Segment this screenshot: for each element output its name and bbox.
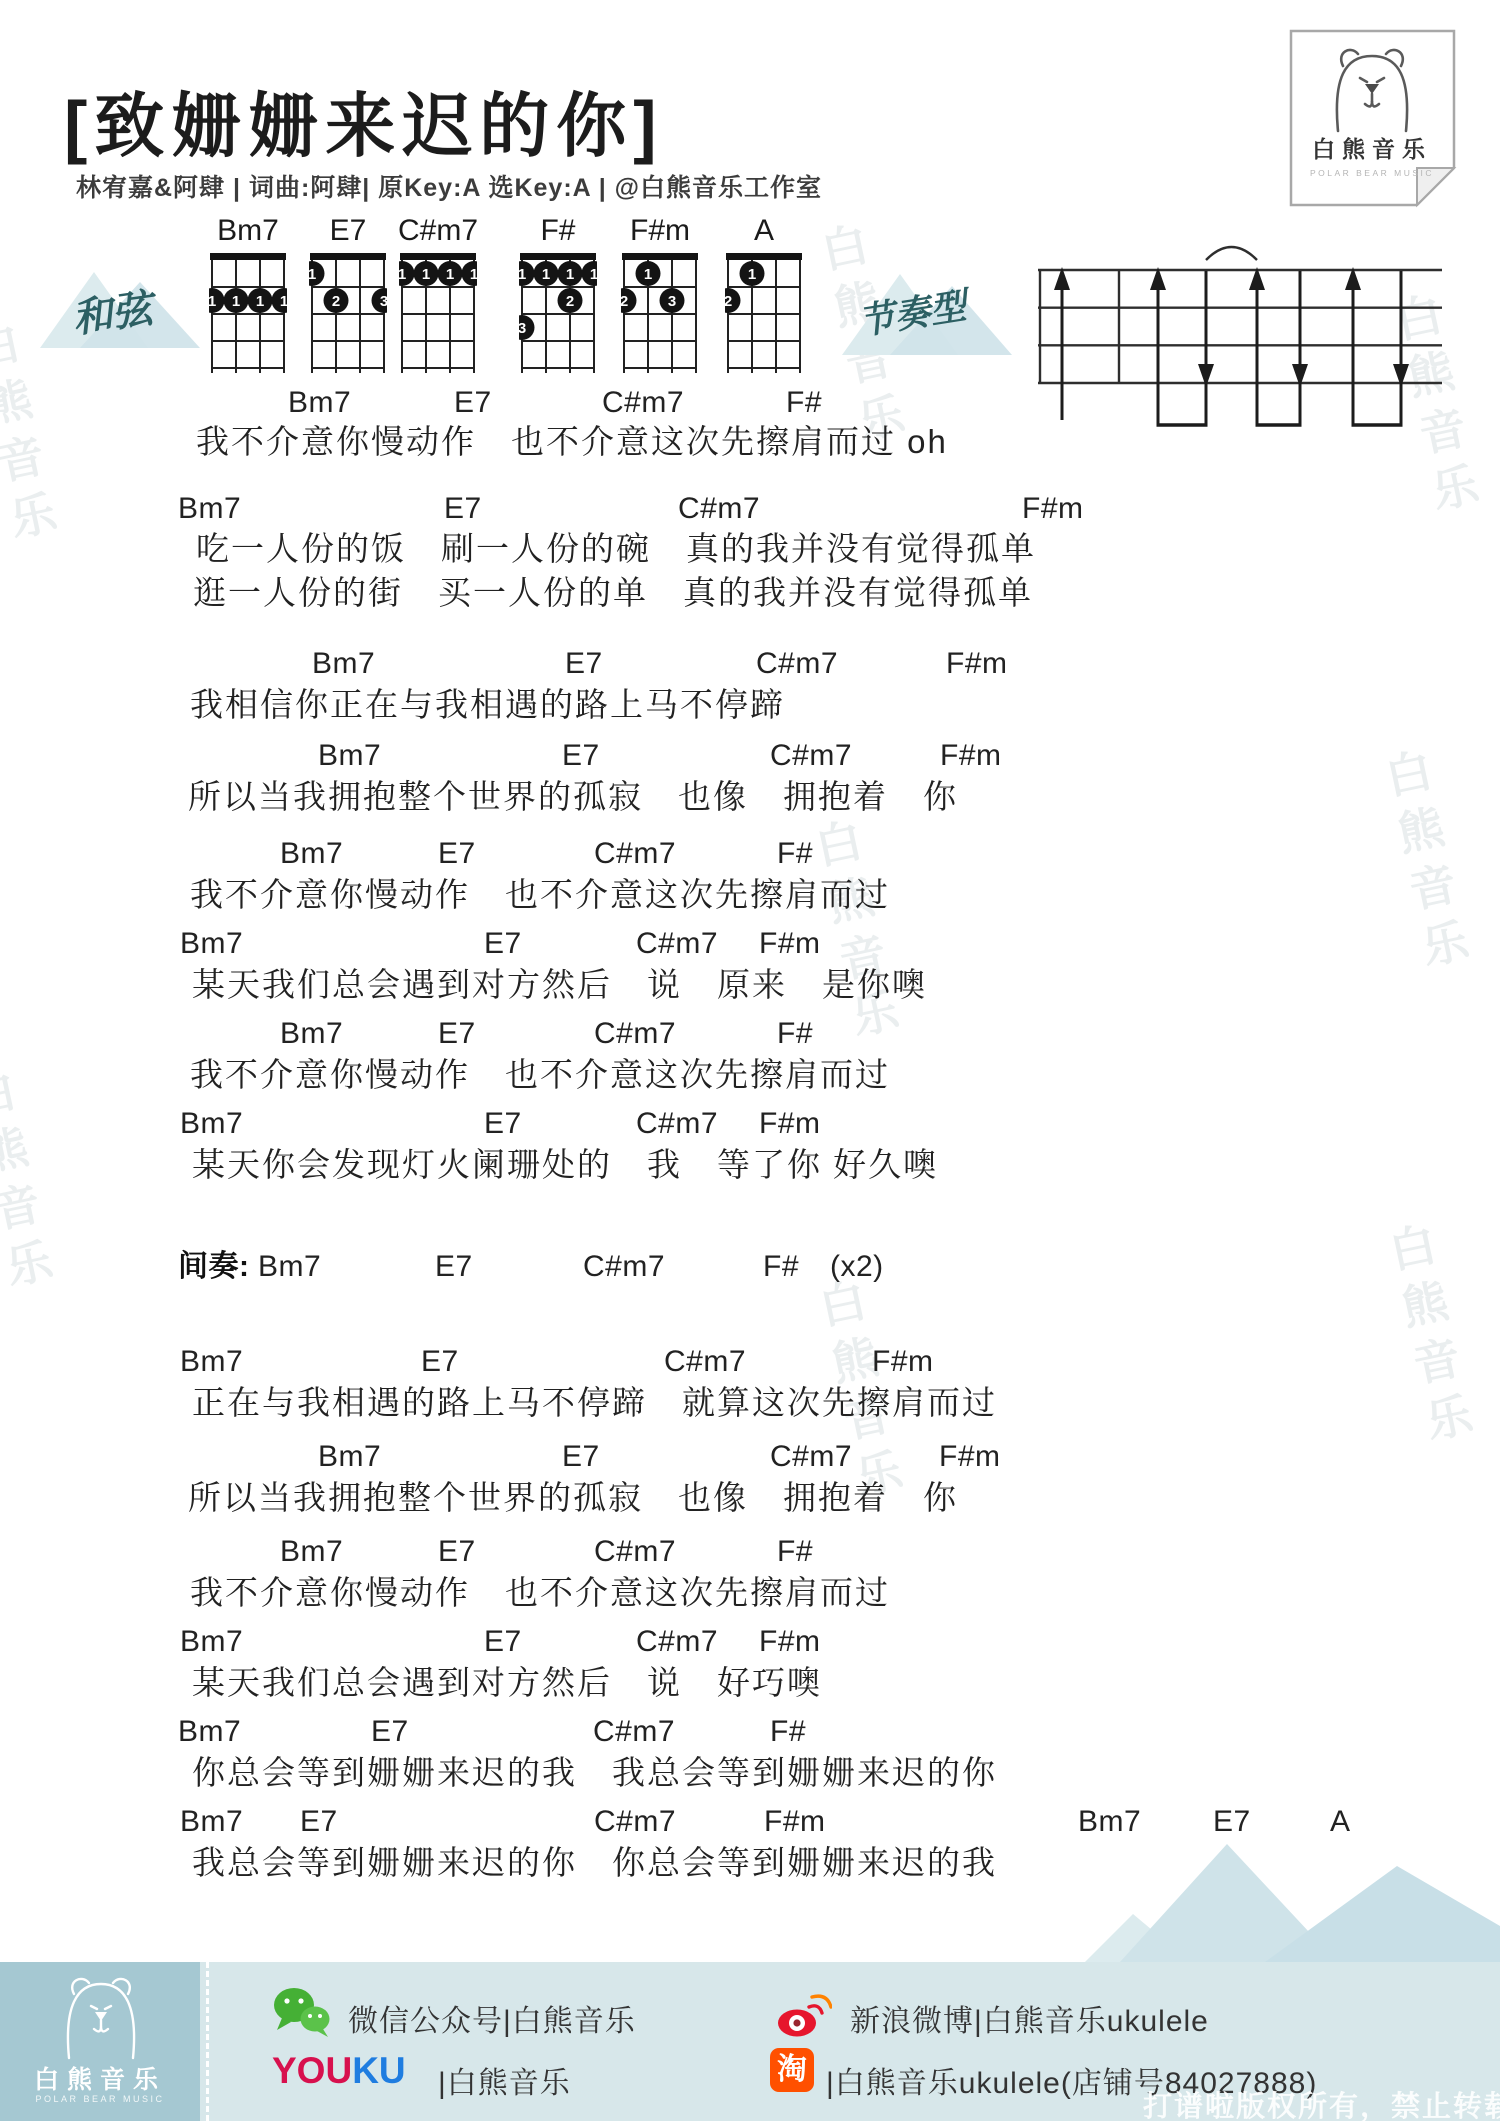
chord: C#m7	[770, 1442, 852, 1472]
chord: E7	[484, 1109, 522, 1139]
chord: E7	[454, 388, 492, 418]
svg-text:1: 1	[399, 266, 406, 283]
lyric-line: 我不介意你慢动作 也不介意这次先擦肩而过	[190, 877, 890, 913]
youku-logo: YOUKU	[272, 2050, 406, 2092]
chord: F#m	[940, 741, 1002, 771]
svg-text:3: 3	[519, 320, 526, 337]
chord: F#m	[759, 1627, 821, 1657]
svg-text:1: 1	[470, 266, 477, 283]
chord: E7	[562, 1442, 600, 1472]
svg-text:2: 2	[725, 293, 732, 310]
background-watermark: 白熊音乐	[1373, 1218, 1486, 1459]
svg-text:3: 3	[380, 293, 387, 310]
chord: C#m7	[594, 839, 676, 869]
chord: Bm7	[180, 1109, 243, 1139]
svg-text:1: 1	[422, 266, 430, 283]
chord: C#m7	[594, 1807, 676, 1837]
footer-divider	[206, 1962, 209, 2121]
chord: Bm7	[280, 1537, 343, 1567]
chord: C#m7	[636, 929, 718, 959]
lyric-line: 所以当我拥抱整个世界的孤寂 也像 拥抱着 你	[188, 779, 958, 815]
svg-text:1: 1	[309, 266, 316, 283]
chord: Bm7	[258, 1252, 321, 1282]
chord: E7	[438, 839, 476, 869]
svg-text:1: 1	[590, 266, 597, 283]
chord: C#m7	[583, 1252, 665, 1282]
chord: E7	[438, 1537, 476, 1567]
chord: A	[1330, 1807, 1351, 1837]
svg-text:1: 1	[209, 293, 216, 310]
chord: C#m7	[593, 1717, 675, 1747]
chord: C#m7	[594, 1019, 676, 1049]
chord: F#m	[1022, 494, 1084, 524]
lyric-line: 我不介意你慢动作 也不介意这次先擦肩而过	[190, 1057, 890, 1093]
svg-text:2: 2	[332, 293, 340, 310]
chord-diagram: 111123	[519, 252, 597, 374]
youku-logo-ku: KU	[352, 2050, 405, 2091]
polar-bear-logo-card: 白熊音乐 POLAR BEAR MUSIC	[1285, 26, 1460, 210]
svg-text:1: 1	[542, 266, 550, 283]
svg-text:1: 1	[446, 266, 454, 283]
lyric-line: 某天我们总会遇到对方然后 说 好巧噢	[192, 1665, 822, 1701]
chord: F#m	[759, 1109, 821, 1139]
svg-text:1: 1	[644, 266, 652, 283]
chord: E7	[444, 494, 482, 524]
lyric-line: 我不介意你慢动作 也不介意这次先擦肩而过 oh	[196, 424, 948, 460]
chord: C#m7	[636, 1627, 718, 1657]
logo-brand-tagline: POLAR BEAR MUSIC	[1310, 168, 1434, 178]
youku-text: |白熊音乐	[438, 2058, 571, 2102]
lyric-line: 某天你会发现灯火阑珊处的 我 等了你 好久噢	[192, 1147, 938, 1183]
chord-sheet-page: 白熊音乐白熊音乐白熊音乐白熊音乐白熊音乐白熊音乐白熊音乐白熊音乐 [致姗姗来迟的…	[0, 0, 1500, 2121]
chord: Bm7	[312, 649, 375, 679]
chord: Bm7	[1078, 1807, 1141, 1837]
chord-diagram-title: F#m	[600, 214, 720, 248]
logo-brand-name: 白熊音乐	[1312, 136, 1432, 162]
svg-text:2: 2	[566, 293, 574, 310]
chord-diagram: 12	[725, 252, 803, 374]
chord-diagram-title: C#m7	[378, 214, 498, 248]
chord: Bm7	[288, 388, 351, 418]
chord: C#m7	[594, 1537, 676, 1567]
chord: F#	[786, 388, 822, 418]
lyric-line: 正在与我相遇的路上马不停蹄 就算这次先擦肩而过	[192, 1385, 997, 1421]
chord: C#m7	[770, 741, 852, 771]
chord: C#m7	[602, 388, 684, 418]
chord: E7	[371, 1717, 409, 1747]
chord: F#	[777, 1537, 813, 1567]
chord: C#m7	[756, 649, 838, 679]
footer-brand-block: 白熊音乐 POLAR BEAR MUSIC	[0, 1962, 200, 2121]
svg-text:1: 1	[748, 266, 756, 283]
chord-diagram: 1111	[399, 252, 477, 374]
copyright-watermark: 打谱啦版权所有，禁止转载	[1143, 2084, 1500, 2121]
page-subtitle: 林宥嘉&阿肆 | 词曲:阿肆| 原Key:A 选Key:A | @白熊音乐工作室	[76, 168, 822, 204]
chord: C#m7	[664, 1347, 746, 1377]
chord-diagram: 1111	[209, 252, 287, 374]
wechat-text: 微信公众号|白熊音乐	[348, 1996, 636, 2040]
lyric-line: 所以当我拥抱整个世界的孤寂 也像 拥抱着 你	[188, 1480, 958, 1516]
lyric-line: 你总会等到姗姗来迟的我 我总会等到姗姗来迟的你	[192, 1755, 997, 1791]
wechat-icon	[272, 1986, 332, 2038]
background-watermark: 白熊音乐	[0, 1064, 65, 1305]
chord: F#	[777, 1019, 813, 1049]
background-watermark: 白熊音乐	[1369, 744, 1482, 985]
chord: Bm7	[318, 1442, 381, 1472]
chord: Bm7	[280, 1019, 343, 1049]
svg-text:1: 1	[256, 293, 264, 310]
background-watermark: 白熊音乐	[0, 316, 69, 557]
svg-text:3: 3	[668, 293, 676, 310]
chord: E7	[421, 1347, 459, 1377]
chord: Bm7	[180, 1347, 243, 1377]
chord-diagram: 123	[621, 252, 699, 374]
weibo-icon	[776, 1990, 832, 2038]
chord: F#m	[946, 649, 1008, 679]
chord: F#	[770, 1717, 806, 1747]
chord: E7	[1213, 1807, 1251, 1837]
chord: F#m	[939, 1442, 1001, 1472]
chord: E7	[565, 649, 603, 679]
chord: Bm7	[280, 839, 343, 869]
chord: 间奏:	[178, 1252, 250, 1282]
lyric-line: 我相信你正在与我相遇的路上马不停蹄	[190, 687, 785, 723]
youku-logo-you: YOU	[272, 2050, 352, 2091]
weibo-text: 新浪微博|白熊音乐ukulele	[850, 1996, 1209, 2040]
chord: E7	[435, 1252, 473, 1282]
chord: Bm7	[178, 1717, 241, 1747]
chord: F#	[763, 1252, 799, 1282]
lyric-line: 我总会等到姗姗来迟的你 你总会等到姗姗来迟的我	[192, 1845, 997, 1881]
lyric-line: 某天我们总会遇到对方然后 说 原来 是你噢	[192, 967, 927, 1003]
chord: (x2)	[830, 1252, 884, 1282]
chord: Bm7	[178, 494, 241, 524]
chord: E7	[300, 1807, 338, 1837]
svg-text:1: 1	[232, 293, 240, 310]
chord: E7	[484, 1627, 522, 1657]
svg-text:2: 2	[621, 293, 628, 310]
chord: E7	[484, 929, 522, 959]
lyric-line: 吃一人份的饭 刷一人份的碗 真的我并没有觉得孤单	[196, 531, 1036, 567]
svg-text:1: 1	[280, 293, 287, 310]
chord: E7	[562, 741, 600, 771]
lyric-line: 我不介意你慢动作 也不介意这次先擦肩而过	[190, 1575, 890, 1611]
chord: Bm7	[318, 741, 381, 771]
chord: F#	[777, 839, 813, 869]
chord: C#m7	[678, 494, 760, 524]
chord: E7	[438, 1019, 476, 1049]
chord: Bm7	[180, 1627, 243, 1657]
taobao-icon: 淘	[770, 2048, 814, 2092]
footer-brand-tagline: POLAR BEAR MUSIC	[0, 2094, 200, 2104]
rhythm-staff	[1030, 232, 1450, 437]
chord: Bm7	[180, 929, 243, 959]
chords-section-label: 和弦	[68, 277, 155, 345]
chord: F#m	[759, 929, 821, 959]
chord-diagram: 123	[309, 252, 387, 374]
svg-text:1: 1	[566, 266, 574, 283]
lyric-line: 逛一人份的街 买一人份的单 真的我并没有觉得孤单	[193, 575, 1033, 611]
svg-text:1: 1	[519, 266, 526, 283]
chord: F#m	[764, 1807, 826, 1837]
chord: F#m	[872, 1347, 934, 1377]
footer-brand-name: 白熊音乐	[0, 2060, 200, 2096]
chord: Bm7	[180, 1807, 243, 1837]
footer-polar-bear-icon	[55, 1968, 147, 2060]
bottom-mountains-decoration	[1085, 1836, 1500, 1962]
page-title: [致姗姗来迟的你]	[64, 70, 664, 171]
chord: C#m7	[636, 1109, 718, 1139]
chord-diagram-title: A	[704, 214, 824, 248]
